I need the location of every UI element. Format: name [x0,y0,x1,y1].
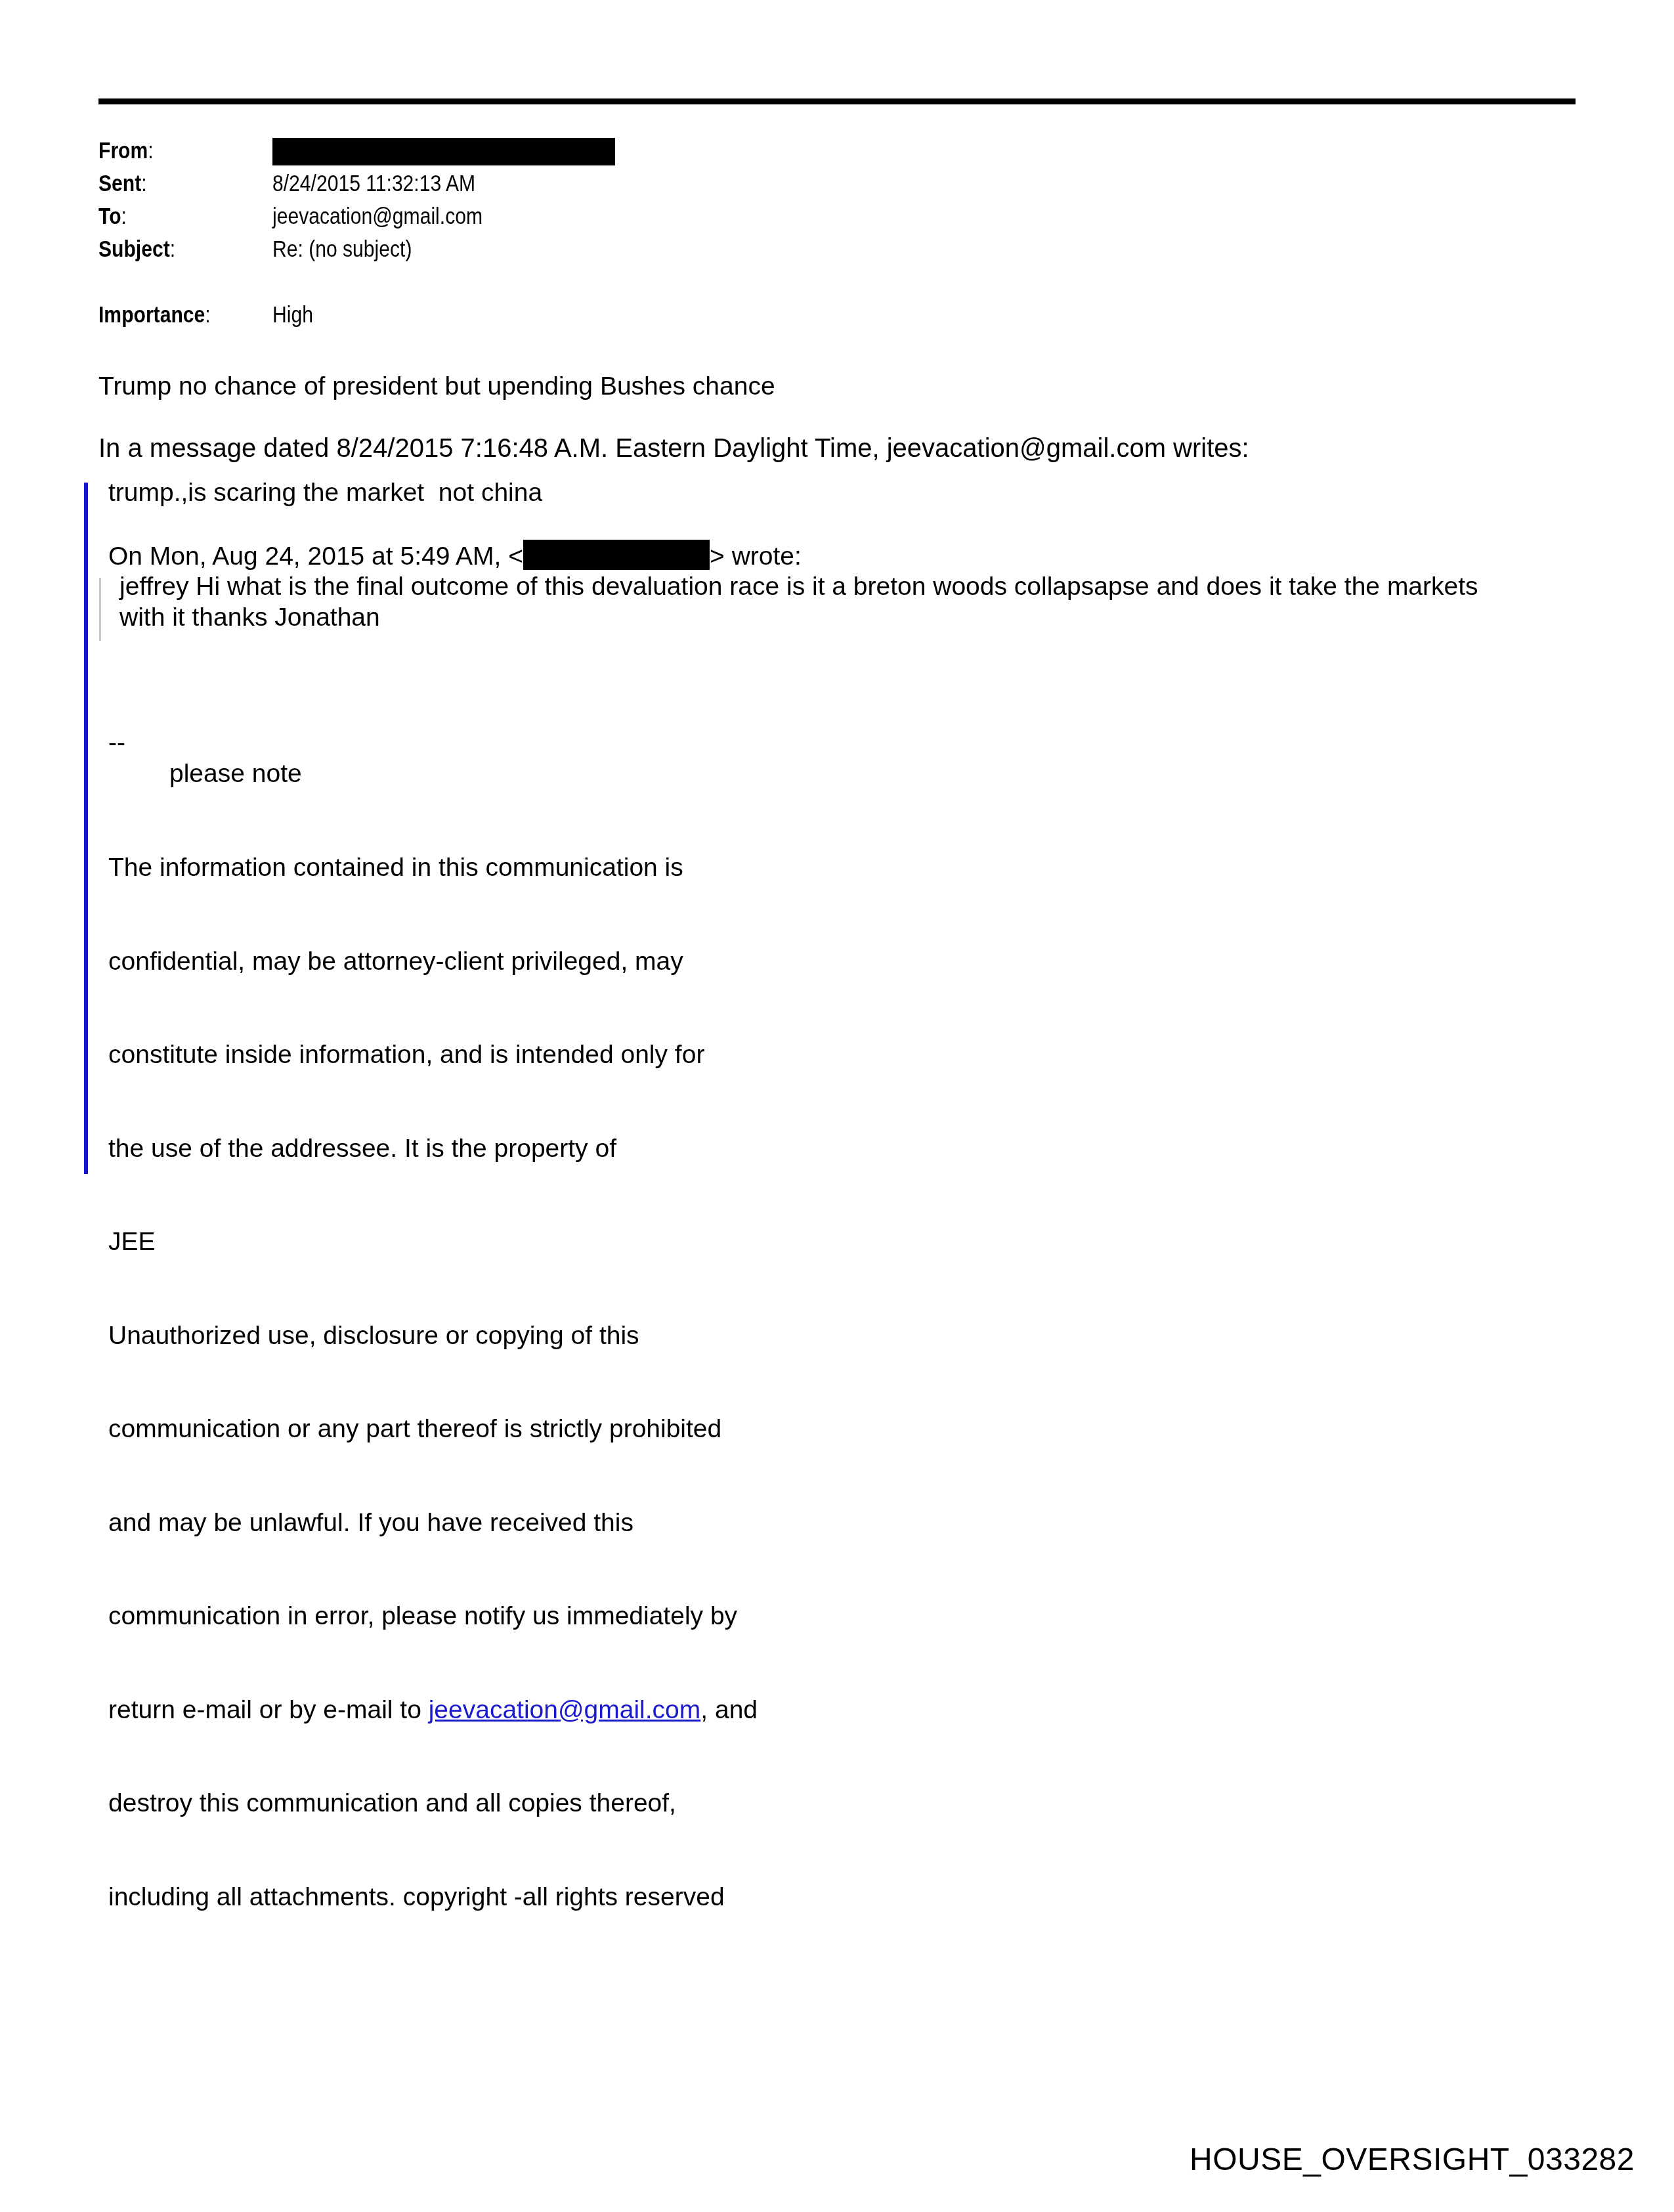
subject-value: Re: (no subject) [272,233,412,266]
disclaimer-line: the use of the addressee. It is the prop… [108,1133,758,1165]
top-rule [98,98,1576,104]
disclaimer-line: confidential, may be attorney-client pri… [108,946,758,978]
quote-bar [84,483,88,1174]
disclaimer-line: JEE [108,1226,758,1258]
importance-value: High [272,299,313,332]
disclaimer-return-line: return e-mail or by e-mail to jeevacatio… [108,1695,758,1726]
reply-text: Trump no chance of president but upendin… [98,371,775,402]
disclaimer-line: communication or any part thereof is str… [108,1414,758,1445]
disclaimer-line: constitute inside information, and is in… [108,1039,758,1071]
quote-intro: In a message dated 8/24/2015 7:16:48 A.M… [98,433,1249,465]
nested-quote-intro: On Mon, Aug 24, 2015 at 5:49 AM, <> wrot… [108,540,802,573]
to-value: jeevacation@gmail.com [272,200,483,233]
nested-sender-redaction [523,540,710,570]
bates-number: HOUSE_OVERSIGHT_033282 [1190,2142,1635,2178]
signature-separator: -- [108,727,125,759]
disclaimer-line: communication in error, please notify us… [108,1601,758,1632]
subject-label: Subject: [98,233,175,266]
from-redaction [272,138,615,165]
disclaimer-line: destroy this communication and all copie… [108,1788,758,1819]
nested-quote-bar [99,578,101,641]
sent-value: 8/24/2015 11:32:13 AM [272,167,475,200]
sent-label: Sent: [98,167,147,200]
to-label: To: [98,200,127,233]
email-link[interactable]: jeevacation@gmail.com [429,1696,701,1724]
disclaimer-line: and may be unlawful. If you have receive… [108,1507,758,1539]
from-label: From: [98,135,154,167]
quoted-reply: trump.,is scaring the market not china [108,477,542,509]
disclaimer-line: Unauthorized use, disclosure or copying … [108,1320,758,1352]
nested-message-line-2: with it thanks Jonathan [119,602,380,634]
signature-note: please note [169,758,302,790]
disclaimer-line: including all attachments. copyright -al… [108,1882,758,1913]
disclaimer-line: The information contained in this commun… [108,852,758,884]
importance-label: Importance: [98,299,211,332]
nested-message-line-1: jeffrey Hi what is the final outcome of … [119,571,1478,603]
disclaimer-block: The information contained in this commun… [108,790,758,1944]
